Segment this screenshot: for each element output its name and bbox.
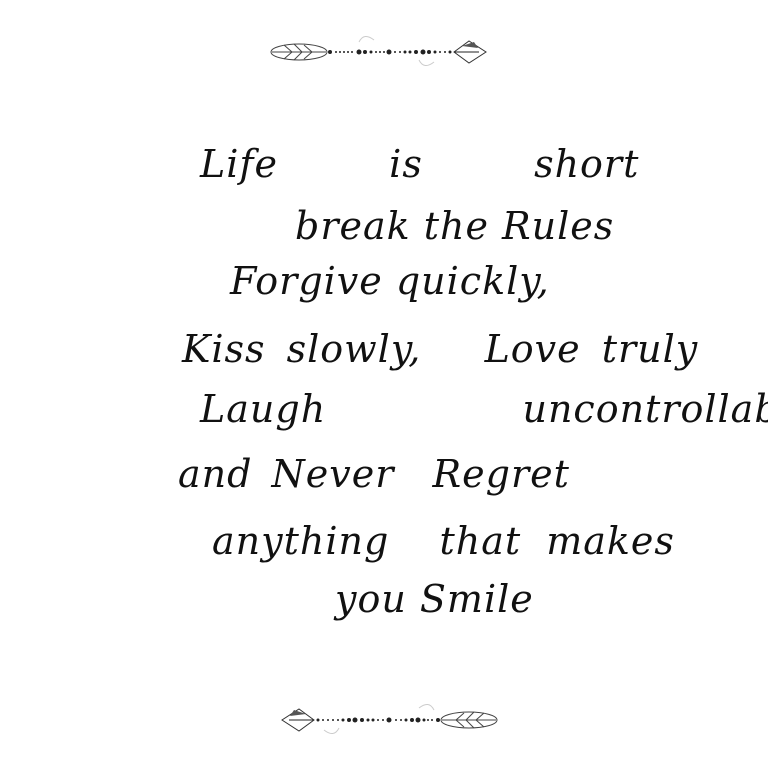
poem-line-8: you Smile	[335, 580, 534, 618]
poem-line-3: Forgive quickly,	[230, 262, 550, 300]
poem-line-6: and Never Regret	[178, 455, 570, 493]
poem-line-5: Laugh uncontrollably	[200, 390, 768, 428]
feather-arrow-icon	[264, 700, 504, 740]
poem-line-1: Life is short	[200, 145, 639, 183]
feather-arrow-icon	[264, 32, 504, 72]
poem-line-4: Kiss slowly, Love truly	[182, 330, 698, 368]
poem-line-2: break the Rules	[295, 207, 614, 245]
poem-line-7: anything that makes	[212, 522, 675, 560]
